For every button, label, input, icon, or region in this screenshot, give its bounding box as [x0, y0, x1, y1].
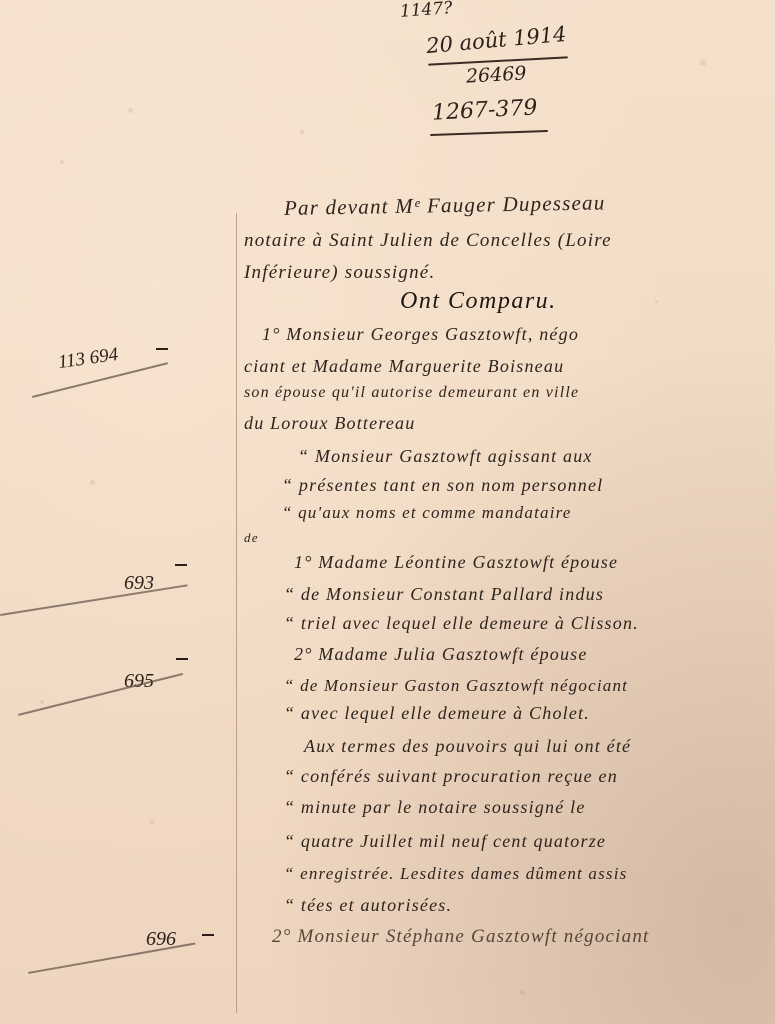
- heading-ont-comparu: Ont Comparu.: [400, 288, 775, 315]
- range-underline: [430, 130, 548, 136]
- body-line-2: notaire à Saint Julien de Concelles (Loi…: [244, 230, 774, 252]
- body-line-3: Inférieure) soussigné.: [244, 262, 774, 284]
- body-line-8: du Loroux Bottereau: [244, 413, 774, 434]
- body-line-20: “ conférés suivant procuration reçue en: [284, 766, 775, 787]
- body-line-23: “ enregistrée. Lesdites dames dûment ass…: [284, 864, 775, 884]
- body-line-14: “ de Monsieur Constant Pallard indus: [284, 584, 775, 605]
- margin-note-694: 113 694: [57, 344, 120, 374]
- reference-number-top: 1147?: [399, 0, 453, 22]
- paper-speckle: [520, 990, 525, 995]
- body-line-11: “ qu'aux noms et comme mandataire: [282, 503, 775, 523]
- deed-number: 26469: [465, 62, 527, 87]
- body-line-15: “ triel avec lequel elle demeure à Cliss…: [284, 613, 775, 634]
- paper-speckle: [90, 480, 95, 485]
- body-line-22: “ quatre Juillet mil neuf cent quatorze: [284, 831, 775, 852]
- margin-dash: [156, 348, 168, 350]
- body-line-5: 1° Monsieur Georges Gasztowft, négo: [262, 324, 775, 345]
- margin-dash: [175, 564, 187, 566]
- paper-speckle: [40, 700, 44, 704]
- body-line-10: “ présentes tant en son nom personnel: [282, 475, 775, 496]
- deed-range: 1267-379: [431, 95, 538, 125]
- paper-speckle: [700, 60, 706, 66]
- body-line-17: “ de Monsieur Gaston Gasztowft négociant: [284, 676, 775, 696]
- body-line-24: “ tées et autorisées.: [284, 895, 775, 916]
- body-line-6: ciant et Madame Marguerite Boisneau: [244, 356, 774, 377]
- body-line-16: 2° Madame Julia Gasztowft épouse: [294, 644, 775, 665]
- body-line-1: Par devant Mᵉ Fauger Dupesseau: [284, 187, 775, 221]
- margin-stroke: [18, 673, 183, 716]
- margin-dash: [176, 658, 188, 660]
- margin-rule: [236, 213, 237, 1013]
- margin-stroke: [0, 584, 188, 615]
- paper-speckle: [150, 820, 154, 824]
- body-line-25: 2° Monsieur Stéphane Gasztowft négociant: [272, 926, 775, 948]
- margin-stroke: [28, 942, 196, 973]
- body-line-18: “ avec lequel elle demeure à Cholet.: [284, 703, 775, 724]
- paper-speckle: [60, 160, 64, 164]
- paper-speckle: [300, 130, 304, 134]
- document-page: 1147? 20 août 1914 26469 1267-379 Par de…: [0, 0, 775, 1024]
- margin-dash: [202, 934, 214, 936]
- body-line-21: “ minute par le notaire soussigné le: [284, 797, 775, 818]
- body-line-19: Aux termes des pouvoirs qui lui ont été: [304, 736, 775, 757]
- deed-date: 20 août 1914: [425, 22, 567, 58]
- body-line-12: de: [244, 530, 774, 546]
- body-line-9: “ Monsieur Gasztowft agissant aux: [298, 446, 775, 467]
- body-line-7: son épouse qu'il autorise demeurant en v…: [244, 384, 774, 402]
- paper-speckle: [128, 108, 133, 113]
- body-line-13: 1° Madame Léontine Gasztowft épouse: [294, 552, 775, 573]
